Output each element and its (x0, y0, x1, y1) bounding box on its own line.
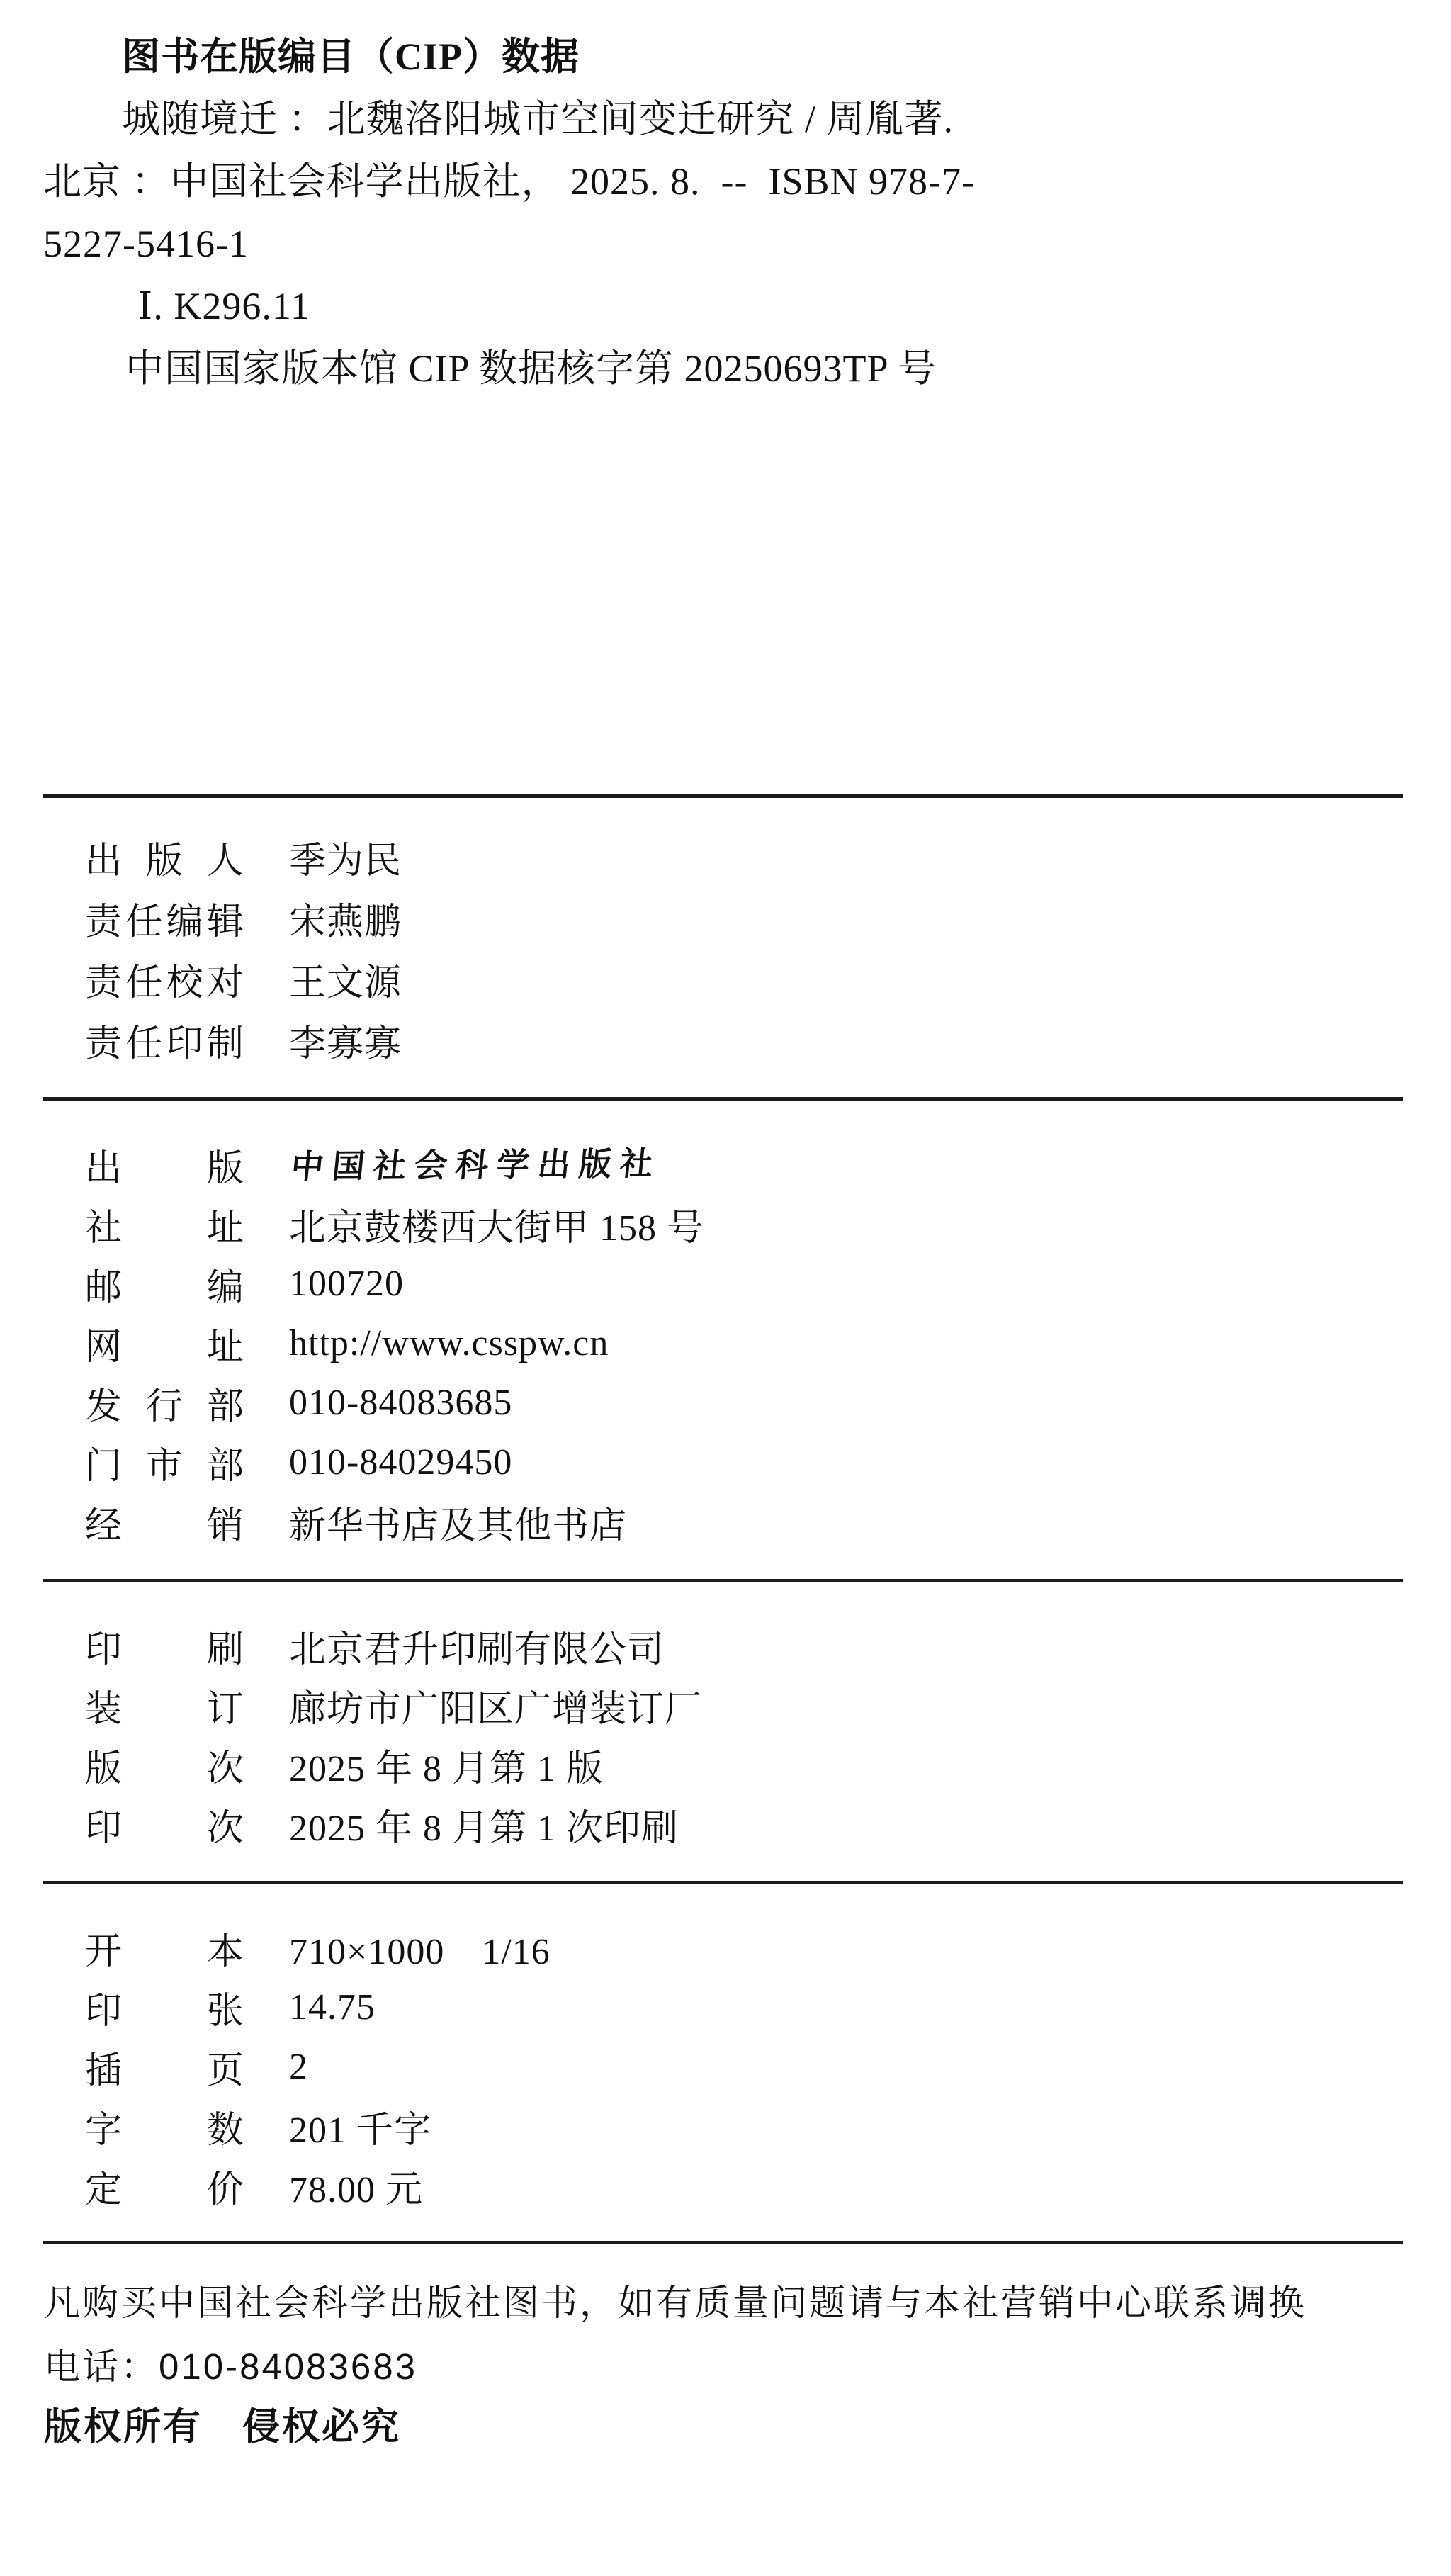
field-label: 邮编 (85, 1257, 244, 1310)
field-label: 开本 (85, 1921, 244, 1974)
field-label: 装订 (85, 1679, 244, 1732)
info-row: 责任印制 李寡寡 (0, 1009, 1451, 1070)
field-label: 版次 (85, 1738, 244, 1792)
info-row: 定价 78.00 元 (0, 2156, 1451, 2215)
section-printing: 印刷 北京君升印刷有限公司 装订 廊坊市广阳区广增装订厂 版次 2025 年 8… (0, 1616, 1451, 1854)
info-row: 版次 2025 年 8 月第 1 版 (0, 1735, 1451, 1794)
section-editorial: 出版人 季为民 责任编辑 宋燕鹏 责任校对 王文源 责任印制 李寡寡 (0, 826, 1451, 1070)
cip-isbn-continued: 5227-5416-1 (0, 213, 1451, 275)
field-value: 2025 年 8 月第 1 版 (289, 1738, 604, 1792)
field-label: 插页 (85, 2040, 244, 2093)
info-row: 印次 2025 年 8 月第 1 次印刷 (0, 1794, 1451, 1854)
field-value: 李寡寡 (289, 1013, 402, 1067)
field-value: 北京鼓楼西大街甲 158 号 (289, 1198, 704, 1251)
info-row: 责任编辑 宋燕鹏 (0, 887, 1451, 948)
field-label: 出版人 (85, 831, 244, 884)
field-value: 14.75 (289, 1986, 376, 2028)
cip-record-line: 中国国家版本馆 CIP 数据核字第 20250693TP 号 (0, 337, 1451, 400)
field-value: 2025 年 8 月第 1 次印刷 (289, 1798, 679, 1851)
info-row: 责任校对 王文源 (0, 948, 1451, 1009)
field-label: 社址 (85, 1198, 244, 1251)
cip-book-line: 城随境迁 ：北魏洛阳城市空间变迁研究 / 周胤著. (0, 88, 1451, 150)
divider (43, 1579, 1403, 1582)
cip-block: 图书在版编目（CIP）数据 城随境迁 ：北魏洛阳城市空间变迁研究 / 周胤著. … (0, 26, 1451, 400)
quality-notice: 凡购买中国社会科学出版社图书，如有质量问题请与本社营销中心联系调换 (44, 2280, 1306, 2326)
field-value: 王文源 (289, 952, 402, 1006)
cip-imprint-line: 北京 ：中国社会科学出版社， 2025. 8. -- ISBN 978-7- (0, 150, 1451, 213)
section-format: 开本 710×1000 1/16 印张 14.75 插页 2 字数 201 千字… (0, 1918, 1451, 2215)
field-value: 100720 (289, 1263, 404, 1305)
website-url: http://www.csspw.cn (289, 1322, 609, 1364)
cip-title: 图书在版编目（CIP）数据 (0, 26, 1451, 88)
field-label: 门市部 (85, 1436, 244, 1489)
service-phone: 电话：010-84083683 (44, 2344, 417, 2390)
field-value: 010-84083685 (289, 1382, 512, 1424)
copyright-statement: 版权所有 侵权必究 (44, 2404, 401, 2451)
price-value: 78.00 元 (289, 2159, 423, 2212)
field-label: 责任编辑 (85, 892, 244, 945)
info-row: 社址 北京鼓楼西大街甲 158 号 (0, 1194, 1451, 1254)
divider (43, 794, 1403, 798)
info-row: 经销 新华书店及其他书店 (0, 1492, 1451, 1551)
cip-classification: Ⅰ. K296.11 (0, 275, 1451, 337)
info-row: 开本 710×1000 1/16 (0, 1918, 1451, 1977)
field-label: 印刷 (85, 1619, 244, 1672)
info-row: 发行部 010-84083685 (0, 1373, 1451, 1432)
field-label: 网址 (85, 1317, 244, 1370)
info-row: 出版人 季为民 (0, 826, 1451, 887)
info-row: 印刷 北京君升印刷有限公司 (0, 1616, 1451, 1675)
divider (43, 1881, 1403, 1884)
field-label: 发行部 (85, 1376, 244, 1429)
section-publishing: 出版 中国社会科学出版社 社址 北京鼓楼西大街甲 158 号 邮编 100720… (0, 1135, 1451, 1551)
copyright-page: 图书在版编目（CIP）数据 城随境迁 ：北魏洛阳城市空间变迁研究 / 周胤著. … (0, 0, 1451, 2576)
info-row: 装订 廊坊市广阳区广增装订厂 (0, 1675, 1451, 1735)
field-value: 北京君升印刷有限公司 (289, 1619, 665, 1672)
info-row: 门市部 010-84029450 (0, 1432, 1451, 1492)
field-value: 宋燕鹏 (289, 892, 402, 945)
field-label: 经销 (85, 1495, 244, 1548)
field-label: 字数 (85, 2100, 244, 2153)
field-label: 印张 (85, 1981, 244, 2034)
info-row: 插页 2 (0, 2037, 1451, 2096)
info-row: 网址 http://www.csspw.cn (0, 1313, 1451, 1373)
info-row: 出版 中国社会科学出版社 (0, 1135, 1451, 1194)
field-value: 新华书店及其他书店 (289, 1495, 627, 1548)
field-value: 201 千字 (289, 2100, 431, 2153)
field-label: 责任印制 (85, 1013, 244, 1067)
publisher-logotype: 中国社会科学出版社 (289, 1137, 664, 1188)
field-label: 定价 (85, 2159, 244, 2212)
info-row: 字数 201 千字 (0, 2096, 1451, 2156)
info-row: 印张 14.75 (0, 1977, 1451, 2037)
field-label: 责任校对 (85, 952, 244, 1006)
field-value: 010-84029450 (289, 1441, 512, 1483)
field-label: 印次 (85, 1798, 244, 1851)
field-value: 季为民 (289, 831, 402, 884)
field-label: 出版 (85, 1138, 244, 1191)
field-value: 710×1000 1/16 (289, 1921, 551, 1974)
field-value: 廊坊市广阳区广增装订厂 (289, 1679, 702, 1732)
divider (43, 1097, 1403, 1101)
info-row: 邮编 100720 (0, 1254, 1451, 1313)
field-value: 2 (289, 2046, 308, 2088)
divider (43, 2241, 1403, 2244)
